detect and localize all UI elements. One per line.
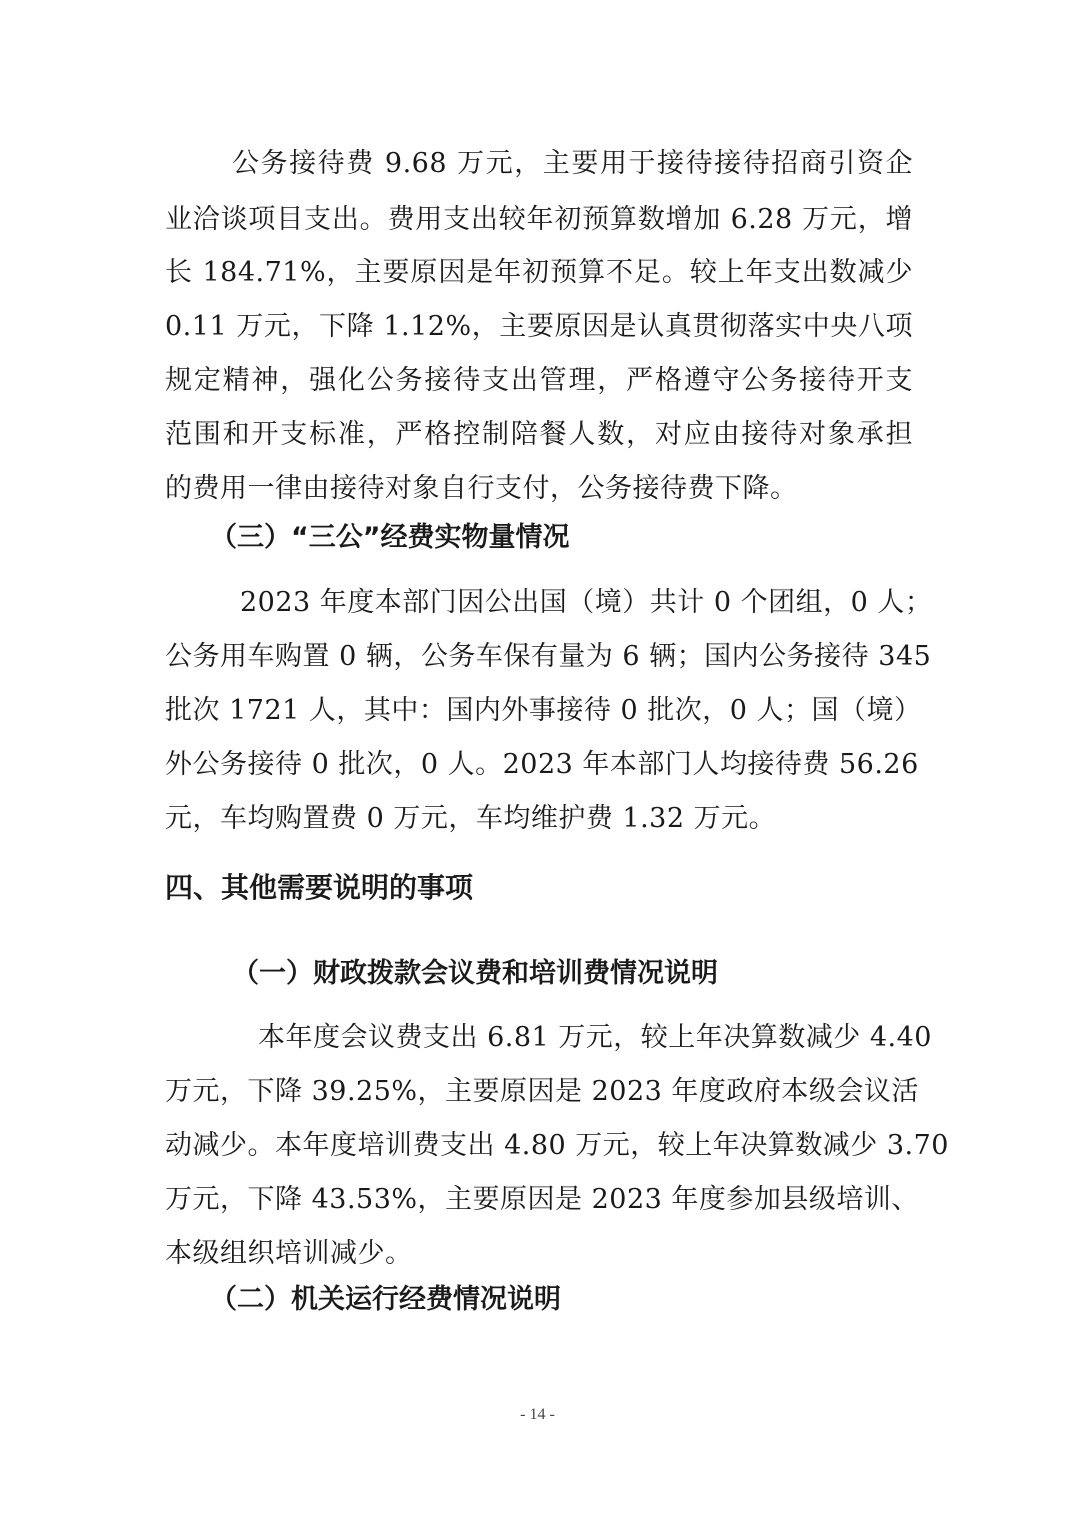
paragraph-line: 长 184.71%，主要原因是年初预算不足。较上年支出数减少 <box>165 253 913 293</box>
paragraph-line: 业洽谈项目支出。费用支出较年初预算数增加 6.28 万元，增 <box>165 200 913 240</box>
paragraph-line: 的费用一律由接待对象自行支付，公务接待费下降。 <box>165 469 913 509</box>
paragraph-line: 万元，下降 43.53%，主要原因是 2023 年度参加县级培训、 <box>165 1180 913 1220</box>
paragraph-line: 本级组织培训减少。 <box>165 1234 913 1274</box>
paragraph-line: 万元，下降 39.25%，主要原因是 2023 年度政府本级会议活 <box>165 1072 913 1112</box>
heading-meeting-training: （一）财政拨款会议费和培训费情况说明 <box>232 954 718 994</box>
paragraph-line: 外公务接待 0 批次，0 人。2023 年本部门人均接待费 56.26 <box>165 745 913 785</box>
paragraph-line: 规定精神，强化公务接待支出管理，严格遵守公务接待开支 <box>165 361 913 401</box>
paragraph-line: 0.11 万元，下降 1.12%，主要原因是认真贯彻落实中央八项 <box>165 307 913 347</box>
paragraph-line: 元，车均购置费 0 万元，车均维护费 1.32 万元。 <box>165 799 913 839</box>
heading-three-public-physical: （三）“三公”经费实物量情况 <box>210 518 570 558</box>
paragraph-line: 公务用车购置 0 辆，公务车保有量为 6 辆；国内公务接待 345 <box>165 637 913 677</box>
heading-agency-operation: （二）机关运行经费情况说明 <box>210 1280 561 1320</box>
paragraph-line: 范围和开支标准，严格控制陪餐人数，对应由接待对象承担 <box>165 415 913 455</box>
paragraph-line: 批次 1721 人，其中：国内外事接待 0 批次，0 人；国（境） <box>165 691 913 731</box>
paragraph-line: 2023 年度本部门因公出国（境）共计 0 个团组，0 人； <box>240 583 913 623</box>
paragraph-line: 本年度会议费支出 6.81 万元，较上年决算数减少 4.40 <box>258 1018 913 1058</box>
paragraph-line: 动减少。本年度培训费支出 4.80 万元，较上年决算数减少 3.70 <box>165 1126 913 1166</box>
heading-section-four: 四、其他需要说明的事项 <box>165 868 473 908</box>
paragraph-line: 公务接待费 9.68 万元，主要用于接待接待招商引资企 <box>232 144 913 184</box>
page-number: - 14 - <box>0 1406 1075 1424</box>
